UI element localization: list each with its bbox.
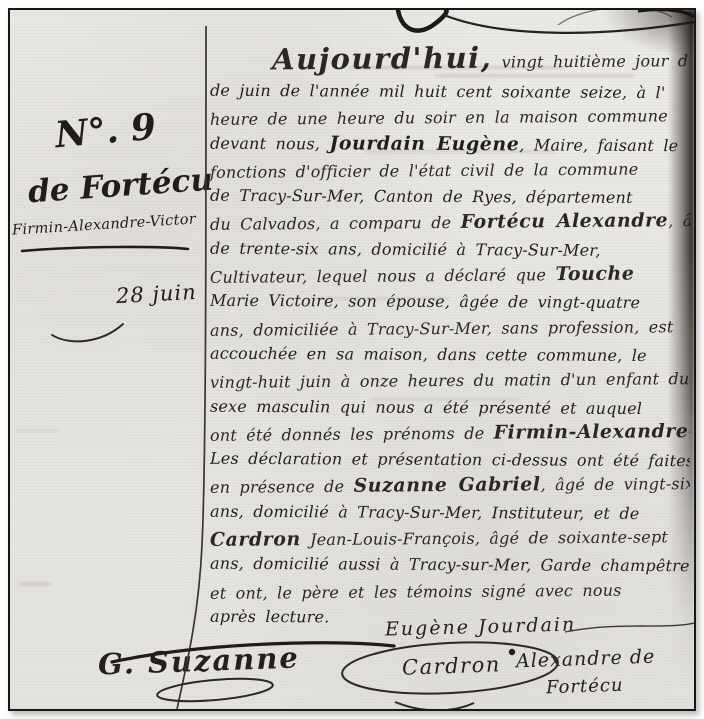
witness2-name: Cardron xyxy=(210,528,301,551)
body-line: Cultivateur, lequel nous a déclaré que T… xyxy=(210,260,690,290)
margin-date-flourish xyxy=(52,324,123,341)
corner-shadow xyxy=(604,10,694,56)
body-line: Cardron Jean-Louis-François, âgé de soix… xyxy=(210,523,690,553)
margin-act-number: N°. 9 xyxy=(53,106,157,157)
body-line: de Tracy-Sur-Mer, Canton de Ryes, départ… xyxy=(210,182,690,211)
body-line: ans, domiciliée à Tracy-Sur-Mer, sans pr… xyxy=(210,313,690,343)
binding-gutter-shadow xyxy=(668,10,694,709)
top-flourish xyxy=(398,10,447,31)
body-line: Les déclaration et présentation ci-dessu… xyxy=(210,445,690,474)
body-line: de trente-six ans, domicilié à Tracy-Sur… xyxy=(210,235,690,264)
body-line: fonctions d'officier de l'état civil de … xyxy=(210,155,690,185)
body-line: de juin de l'année mil huit cent soixant… xyxy=(210,77,690,106)
margin-child-given-names: Firmin-Alexandre-Victor xyxy=(12,211,197,238)
margin-name-underline xyxy=(22,247,188,251)
opening-word: Aujourd'hui, xyxy=(272,41,492,77)
signature-witness-cardron: Cardron xyxy=(402,652,502,679)
signature-witness-suzanne: G. Suzanne xyxy=(97,640,300,681)
body-line: du Calvados, a comparu de Fortécu Alexan… xyxy=(210,208,690,238)
body-line: Marie Victoire, son épouse, âgée de ving… xyxy=(210,287,690,316)
child-given-names: Firmin-Alexandre-Victor.- xyxy=(494,419,690,443)
screenshot-root: { "act": { "margin": { "act_number": "N°… xyxy=(0,0,704,719)
body-line: devant nous, Jourdain Eugène, Maire, fai… xyxy=(210,129,690,158)
witness1-name: Suzanne Gabriel xyxy=(353,474,540,497)
body-line: ans, domicilié aussi à Tracy-sur-Mer, Ga… xyxy=(210,550,690,579)
body-line: vingt-huit juin à onze heures du matin d… xyxy=(210,365,690,395)
mother-surname: Touche xyxy=(555,263,634,286)
body-line: en présence de Suzanne Gabriel, âgé de v… xyxy=(210,471,690,501)
margin-rule-line xyxy=(177,26,206,709)
pencil-mark xyxy=(18,582,52,586)
mayor-name: Jourdain Eugène xyxy=(329,132,519,155)
scanned-register-page: N°. 9 de Fortécu Firmin-Alexandre-Victor… xyxy=(8,8,696,711)
signature-father-line2: Fortécu xyxy=(546,675,624,699)
pencil-mark xyxy=(16,430,58,432)
body-line: et ont, le père et les témoins signé ave… xyxy=(210,576,690,606)
body-line: heure de une heure du soir en la maison … xyxy=(210,102,690,132)
act-body-text: Aujourd'hui, vingt huitième jour du mo d… xyxy=(210,38,690,705)
body-line: ont été donnés les prénoms de Firmin-Ale… xyxy=(210,418,690,448)
body-line: ans, domicilié à Tracy-Sur-Mer, Institut… xyxy=(210,497,690,526)
margin-child-surname: de Fortécu xyxy=(27,162,214,211)
margin-act-date: 28 juin xyxy=(115,280,197,308)
father-name: Fortécu Alexandre xyxy=(460,210,668,234)
body-line: sexe masculin qui nous a été présenté et… xyxy=(210,392,690,421)
body-line: accouchée en sa maison, dans cette commu… xyxy=(210,340,690,369)
